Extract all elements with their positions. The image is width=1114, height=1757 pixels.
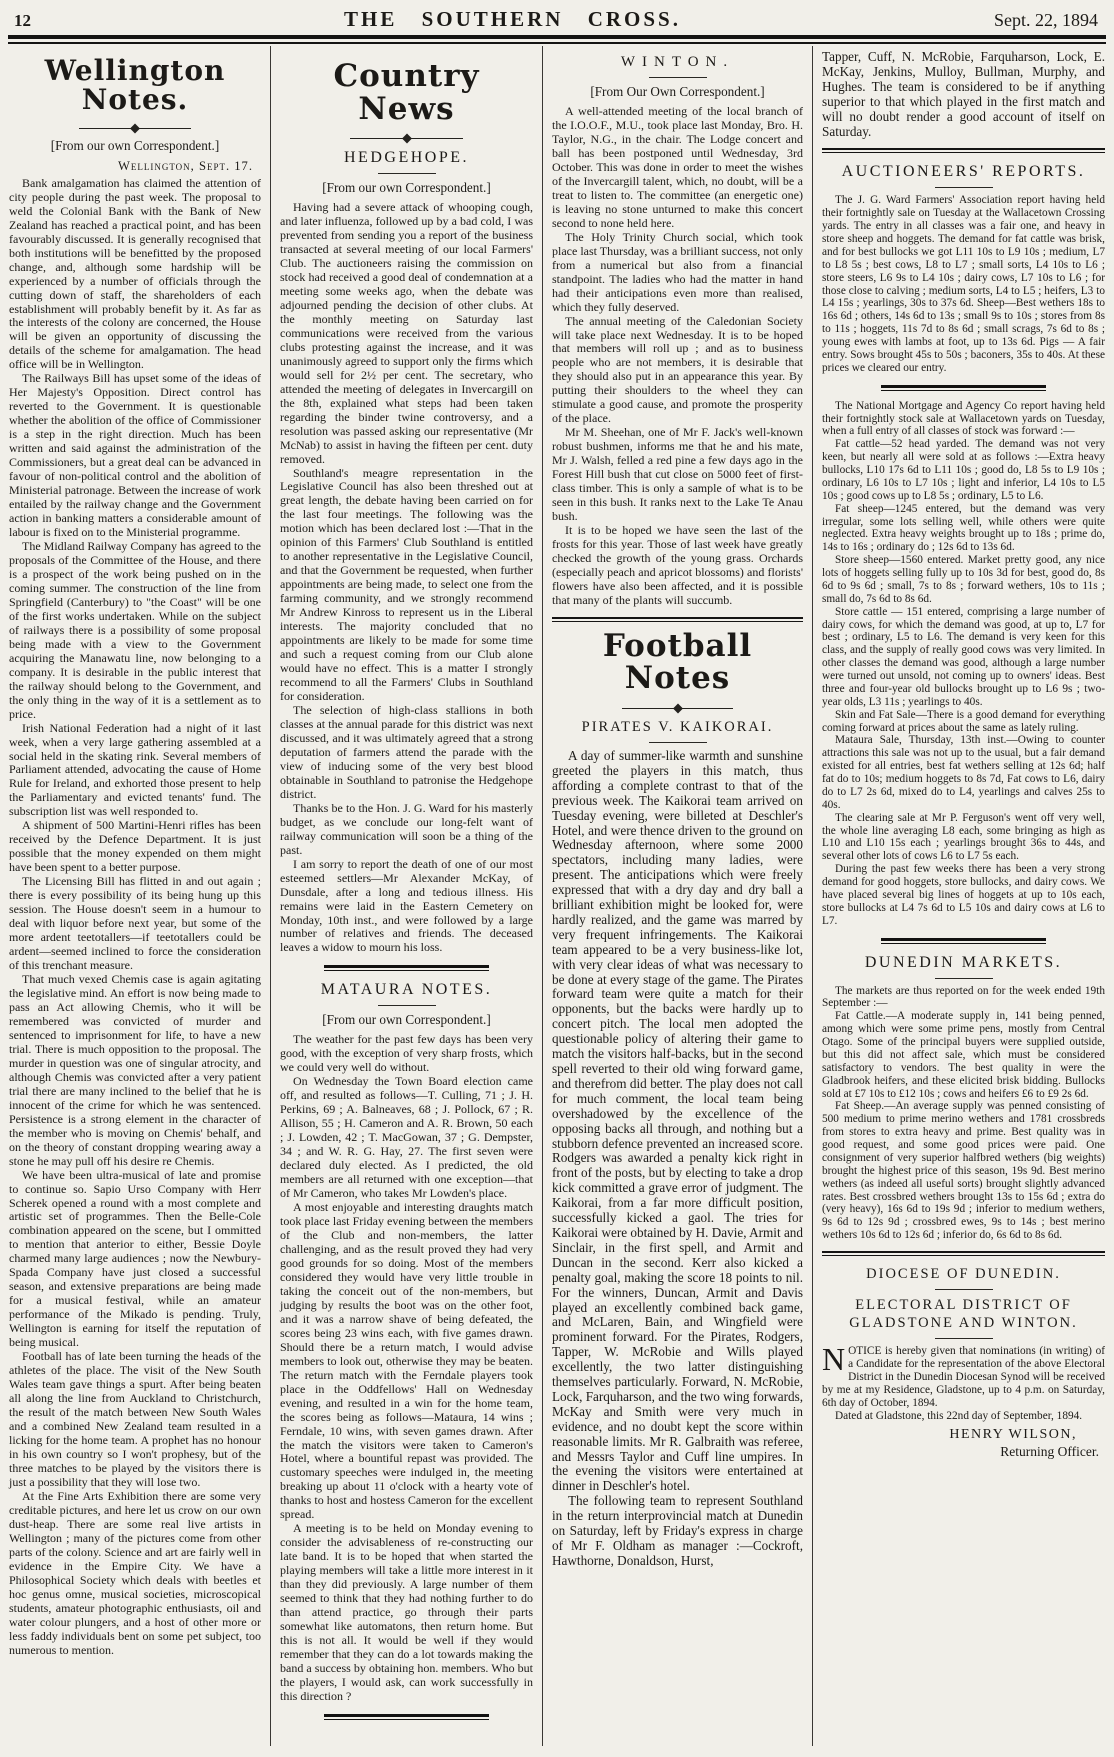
heading-rule — [649, 742, 707, 743]
paragraph: Thanks be to the Hon. J. G. Ward for his… — [280, 802, 533, 858]
paragraph: The markets are thus reported on for the… — [822, 985, 1105, 1011]
signature-title: Returning Officer. — [822, 1444, 1099, 1460]
paragraph: I am sorry to report the death of one of… — [280, 858, 533, 956]
article-title-football-notes: Football Notes — [552, 630, 803, 695]
paragraph: Fat cattle—52 head yarded. The demand wa… — [822, 438, 1105, 502]
page-number: 12 — [14, 11, 31, 31]
column-country-news: Country News HEDGEHOPE. [From our own Co… — [270, 46, 542, 1746]
paragraph: Skin and Fat Sale—There is a good demand… — [822, 709, 1105, 735]
paragraph: The clearing sale at Mr P. Ferguson's we… — [822, 812, 1105, 864]
heading-rule — [935, 1289, 993, 1290]
paragraph: The following team to represent Southlan… — [552, 1494, 803, 1569]
section-heading-mataura-notes: MATAURA NOTES. — [280, 981, 533, 999]
paragraph: The National Mortgage and Agency Co repo… — [822, 400, 1105, 439]
diocese-subheading: ELECTORAL DISTRICT OF GLADSTONE AND WINT… — [822, 1296, 1105, 1332]
issue-date: Sept. 22, 1894 — [994, 10, 1098, 31]
paragraph: Mr M. Sheehan, one of Mr F. Jack's well-… — [552, 426, 803, 524]
diamond-divider — [79, 128, 191, 129]
column-wellington-notes: Wellington Notes. [From our own Correspo… — [0, 46, 270, 1746]
paragraph: We have been ultra-musical of late and p… — [9, 1169, 261, 1351]
masthead-title: THE SOUTHERN CROSS. — [344, 7, 681, 32]
byline: [From our own Correspondent.] — [9, 138, 261, 154]
newspaper-page: 12 THE SOUTHERN CROSS. Sept. 22, 1894 We… — [0, 0, 1114, 1757]
column-reports: Tapper, Cuff, N. McRobie, Farquharson, L… — [812, 46, 1114, 1746]
paragraph: During the past few weeks there has been… — [822, 863, 1105, 927]
paragraph: Fat Cattle.—A moderate supply in, 141 be… — [822, 1010, 1105, 1100]
paragraph: A day of summer-like warmth and sunshine… — [552, 749, 803, 1494]
column-container: Wellington Notes. [From our own Correspo… — [0, 46, 1114, 1746]
paragraph: Southland's meagre representation in the… — [280, 467, 533, 704]
football-continuation-paragraph: Tapper, Cuff, N. McRobie, Farquharson, L… — [822, 50, 1105, 139]
section-heading-diocese: DIOCESE OF DUNEDIN. — [822, 1266, 1105, 1283]
paragraph: The J. G. Ward Farmers' Association repo… — [822, 194, 1105, 374]
masthead-double-rule — [8, 35, 1106, 44]
diocese-notice: NOTICE is hereby given that nominations … — [822, 1345, 1105, 1409]
paragraph: Having had a severe attack of whooping c… — [280, 201, 533, 466]
paragraph: The weather for the past few days has be… — [280, 1033, 533, 1075]
section-end-bar — [324, 1714, 489, 1720]
paragraph: That much vexed Chemis case is again agi… — [9, 973, 261, 1169]
heading-rule — [378, 173, 436, 174]
paragraph: The Licensing Bill has flitted in and ou… — [9, 875, 261, 973]
heading-rule — [649, 77, 707, 78]
notice-text: OTICE is hereby given that nominations (… — [822, 1345, 1105, 1409]
signature-name: HENRY WILSON, — [822, 1427, 1077, 1443]
diamond-divider — [622, 708, 733, 709]
dateline: Wellington, Sept. 17. — [9, 159, 261, 174]
heading-rule — [935, 978, 993, 979]
paragraph: On Wednesday the Town Board election cam… — [280, 1075, 533, 1201]
article-separator-double-rule — [552, 617, 803, 622]
masthead-row: 12 THE SOUTHERN CROSS. Sept. 22, 1894 — [0, 0, 1114, 32]
paragraph: Mataura Sale, Thursday, 13th inst.—Owing… — [822, 734, 1105, 811]
section-heading-dunedin-markets: DUNEDIN MARKETS. — [822, 954, 1105, 972]
paragraph: The selection of high-class stallions in… — [280, 704, 533, 802]
paragraph: Store cattle — 151 entered, comprising a… — [822, 606, 1105, 709]
diamond-divider — [350, 138, 463, 139]
paragraph: At the Fine Arts Exhibition there are so… — [9, 1490, 261, 1658]
article-separator-double-rule — [822, 1251, 1105, 1256]
paragraph: Bank amalgamation has claimed the attent… — [9, 177, 261, 373]
heading-rule — [378, 1005, 436, 1006]
heading-rule — [935, 1338, 993, 1339]
diocese-dated-line: Dated at Gladstone, this 22nd day of Sep… — [822, 1410, 1105, 1423]
section-end-bar — [881, 938, 1046, 944]
heading-rule — [935, 187, 993, 188]
paragraph: A meeting is to be held on Monday evenin… — [280, 1522, 533, 1704]
report-separator-bar — [881, 385, 1046, 391]
notice-dropcap: N — [822, 1345, 848, 1371]
paragraph: Store sheep—1560 entered. Market pretty … — [822, 554, 1105, 606]
byline: [From Our Own Correspondent.] — [552, 84, 803, 100]
section-heading-winton: WINTON. — [552, 54, 803, 71]
paragraph: The Holy Trinity Church social, which to… — [552, 231, 803, 315]
paragraph: Fat sheep—1245 entered, but the demand w… — [822, 503, 1105, 555]
paragraph: The annual meeting of the Caledonian Soc… — [552, 315, 803, 427]
paragraph: Football has of late been turning the he… — [9, 1350, 261, 1490]
paragraph: The Railways Bill has upset some of the … — [9, 372, 261, 540]
paragraph: A well-attended meeting of the local bra… — [552, 105, 803, 231]
article-title-wellington-notes: Wellington Notes. — [9, 56, 261, 115]
match-heading-pirates-v-kaikorai: PIRATES V. KAIKORAI. — [552, 719, 803, 736]
section-heading-hedgehope: HEDGEHOPE. — [280, 149, 533, 167]
paragraph: The Midland Railway Company has agreed t… — [9, 540, 261, 722]
byline: [From our own Correspondent.] — [280, 1012, 533, 1028]
section-heading-auctioneers-reports: AUCTIONEERS' REPORTS. — [822, 163, 1105, 181]
paragraph: Fat Sheep.—An average supply was penned … — [822, 1100, 1105, 1242]
paragraph: Irish National Federation had a night of… — [9, 722, 261, 820]
article-title-country-news: Country News — [280, 60, 533, 125]
section-end-bar — [324, 965, 489, 971]
paragraph: A most enjoyable and interesting draught… — [280, 1201, 533, 1522]
byline: [From our own Correspondent.] — [280, 180, 533, 196]
article-separator-double-rule — [822, 148, 1105, 153]
paragraph: A shipment of 500 Martini-Henri rifles h… — [9, 819, 261, 875]
paragraph: It is to be hoped we have seen the last … — [552, 524, 803, 608]
column-winton-football: WINTON. [From Our Own Correspondent.] A … — [542, 46, 812, 1746]
